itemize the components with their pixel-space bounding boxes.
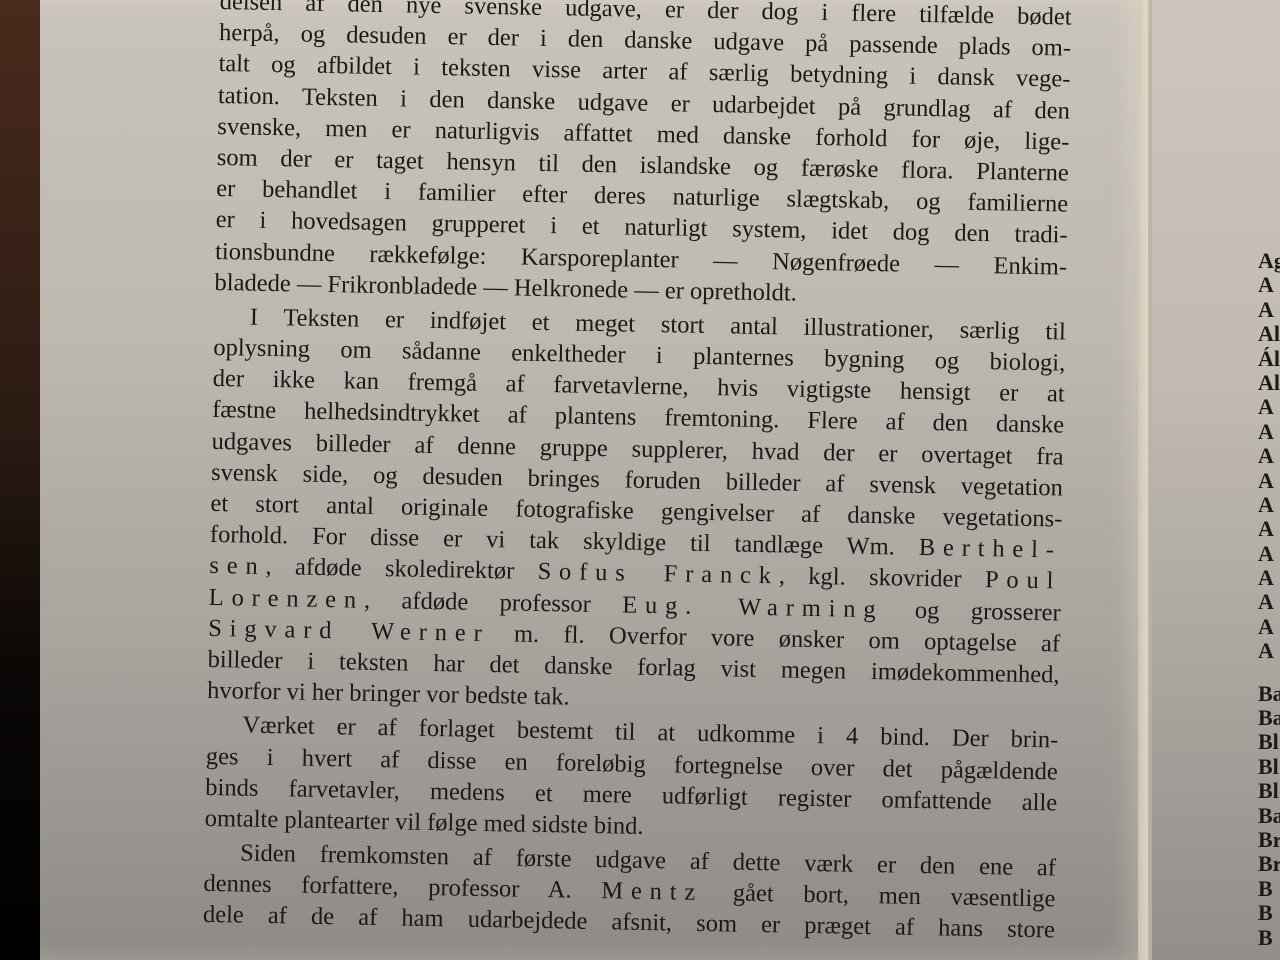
text-run: hvorfor vi her bringer vor bedste tak. [207, 677, 570, 711]
text-run: dennes forfattere, professor A. [203, 870, 601, 904]
index-entry: A [1258, 273, 1280, 297]
index-entry: Bl [1258, 779, 1280, 803]
index-entry: Al [1258, 371, 1280, 395]
index-entry: A [1258, 493, 1280, 517]
index-group-a: AgAAAlÁlAlAAAAAAAAAAA [1258, 249, 1280, 664]
index-entry: Ál [1258, 347, 1280, 371]
index-entry: A [1258, 615, 1280, 639]
spaced-name: Sigvard Werner [208, 615, 490, 647]
index-entry: A [1258, 469, 1280, 493]
text-run: , afdøde skoledirektør [265, 553, 538, 585]
index-entry: Ba [1258, 682, 1280, 706]
spaced-name: Eug. Warming [622, 591, 884, 623]
spaced-name: Sofus Franck [537, 558, 779, 589]
index-entry: A [1258, 590, 1280, 614]
index-entry: A [1258, 542, 1280, 566]
index-entry: Ba [1258, 706, 1280, 730]
index-entry: A [1258, 566, 1280, 590]
spaced-name: Poul [985, 566, 1062, 594]
index-entry: Bl [1258, 730, 1280, 754]
text-run: og grosserer [883, 596, 1061, 626]
text-run: gået bort, men væsentlige [703, 879, 1056, 912]
index-entry: Ba [1258, 804, 1280, 828]
paragraph-3: Værket er af forlaget bestemt til at udk… [204, 709, 1058, 849]
paragraph-4: Siden fremkomsten af første udgave af de… [203, 837, 1057, 946]
text-run: , kgl. skovrider [779, 563, 986, 594]
spaced-name: Mentz [601, 877, 703, 906]
index-entry: A [1258, 444, 1280, 468]
right-page-index-column: AgAAAlÁlAlAAAAAAAAAAA BaBaBlBlBlBaBrBrBB… [1258, 249, 1280, 950]
index-entry: A [1258, 298, 1280, 322]
paragraph-1: delsen af den nye svenske udgave, er der… [214, 0, 1072, 313]
photo-scene: delsen af den nye svenske udgave, er der… [0, 0, 1280, 960]
index-entry: Al [1258, 322, 1280, 346]
paragraph-2: I Teksten er indføjet et meget stort ant… [207, 301, 1066, 722]
spaced-name: Lorenzen [209, 583, 365, 613]
index-entry: B [1258, 901, 1280, 925]
index-group-spacer [1258, 664, 1280, 682]
index-entry: B [1258, 877, 1280, 901]
index-entry: B [1258, 926, 1280, 950]
index-entry: Br [1258, 852, 1280, 876]
index-entry: Ag [1258, 249, 1280, 273]
spaced-name: sen [209, 552, 266, 580]
index-entry: A [1258, 420, 1280, 444]
body-text-column: delsen af den nye svenske udgave, er der… [203, 0, 1072, 946]
index-entry: A [1258, 517, 1280, 541]
index-entry: Bl [1258, 755, 1280, 779]
index-entry: A [1258, 395, 1280, 419]
index-entry: Br [1258, 828, 1280, 852]
spaced-name: Berthel- [919, 534, 1062, 564]
index-group-b: BaBaBlBlBlBaBrBrBBB [1258, 682, 1280, 950]
text-run: , afdøde professor [364, 586, 623, 618]
index-entry: A [1258, 639, 1280, 663]
